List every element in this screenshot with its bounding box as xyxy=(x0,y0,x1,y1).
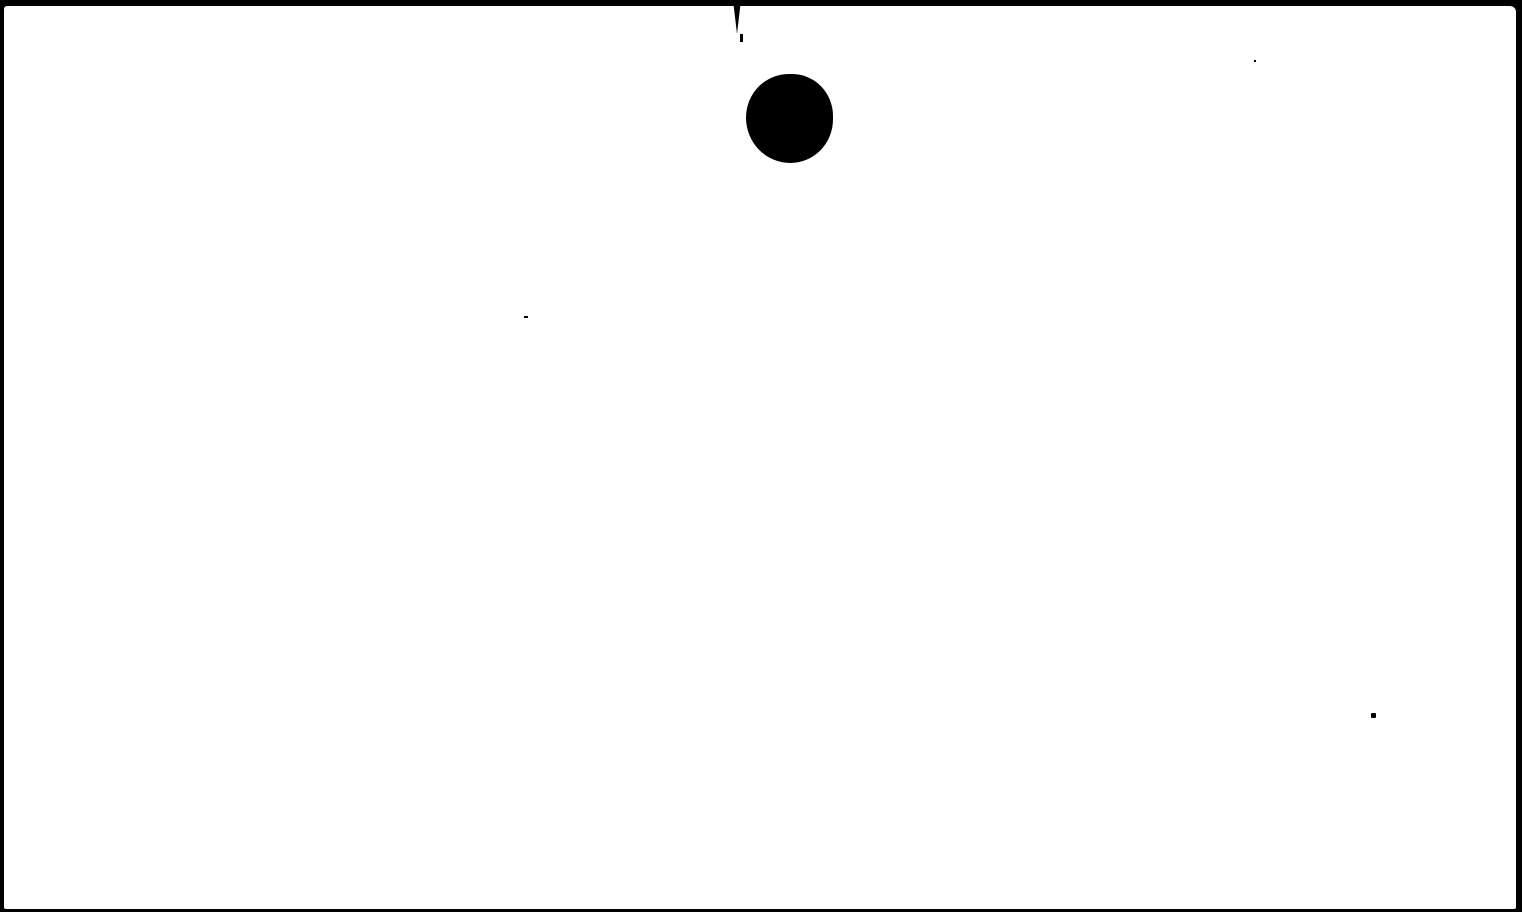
dust-speck xyxy=(524,316,528,318)
scan-scene xyxy=(0,0,1522,912)
punched-hole xyxy=(746,74,833,163)
top-edge-notch xyxy=(733,0,741,34)
tear-fragment xyxy=(740,34,743,42)
dust-speck xyxy=(1254,60,1256,62)
dust-speck xyxy=(1371,713,1376,718)
